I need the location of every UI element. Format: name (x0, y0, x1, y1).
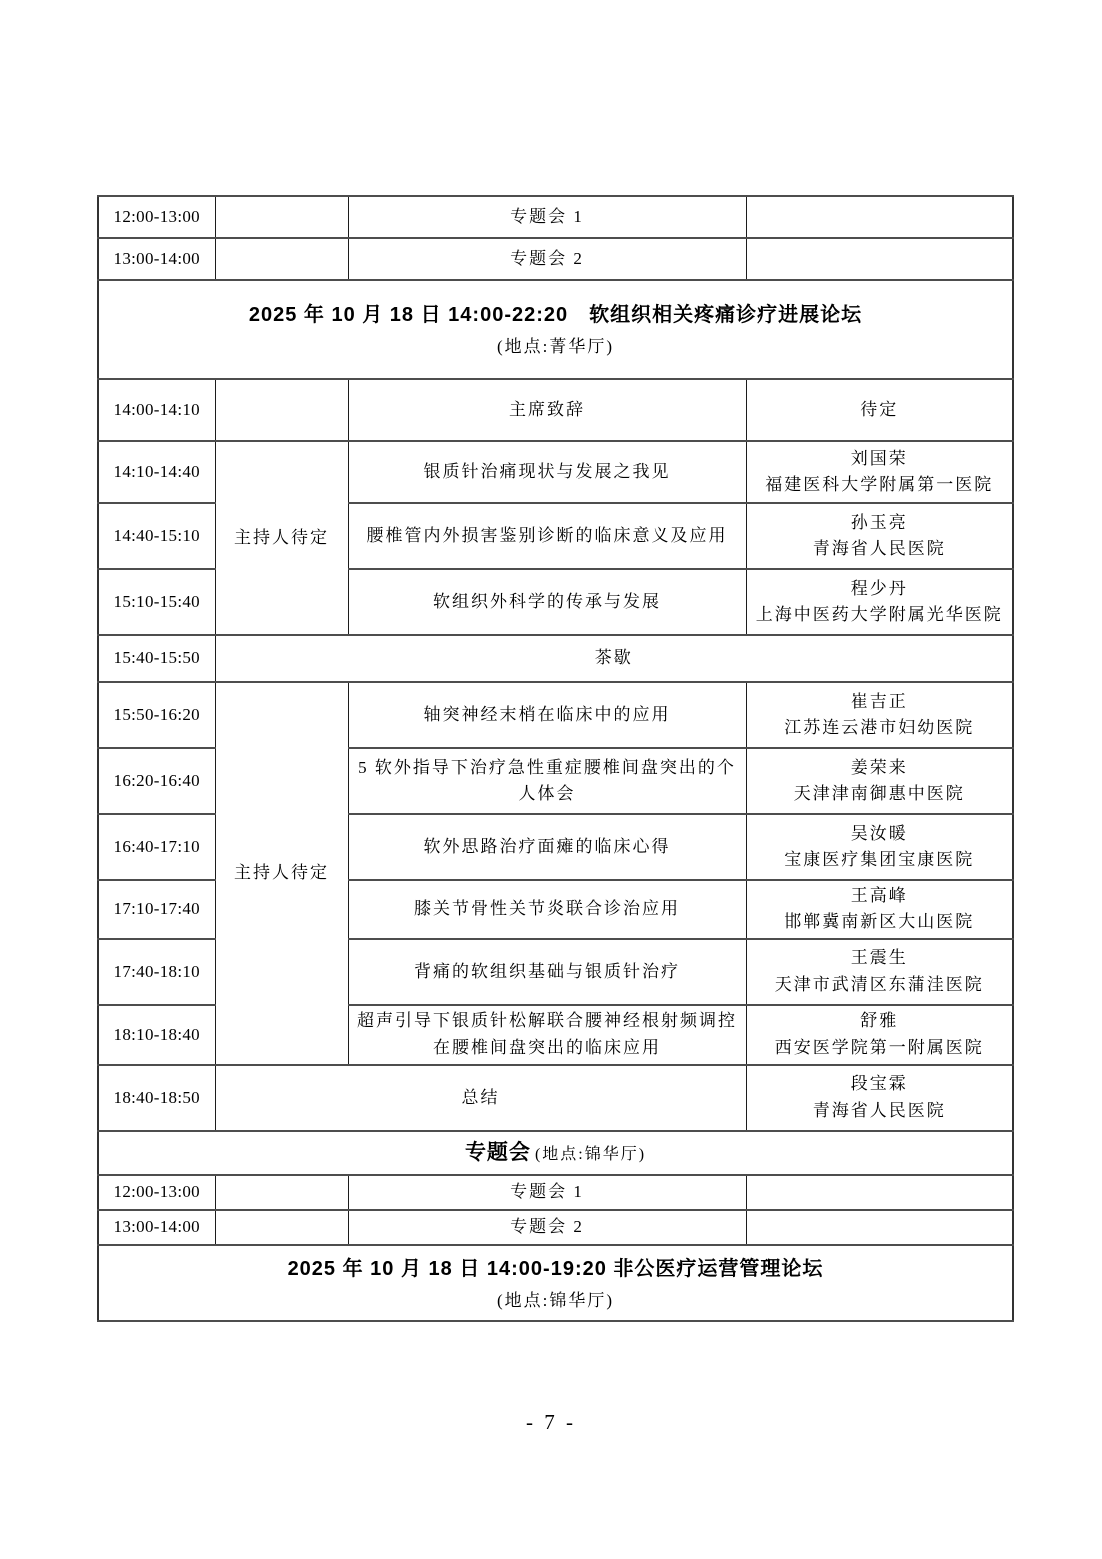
table-row: 14:10-14:40 主持人待定 银质针治痛现状与发展之我见 刘国荣 福建医科… (98, 441, 1013, 503)
document-page: 12:00-13:00 专题会 1 13:00-14:00 专题会 2 2025… (0, 0, 1102, 1559)
speaker-cell-empty (746, 1210, 1013, 1245)
speaker-cell: 舒雅 西安医学院第一附属医院 (746, 1005, 1013, 1065)
speaker-org: 青海省人民医院 (753, 536, 1007, 562)
moderator-cell-empty (215, 1175, 348, 1210)
session-title-cell: 腰椎管内外损害鉴别诊断的临床意义及应用 (348, 503, 746, 569)
time-cell: 14:10-14:40 (98, 441, 215, 503)
speaker-name: 王高峰 (753, 883, 1007, 909)
special-session-title: 专题会 (465, 1141, 531, 1164)
speaker-org: 江苏连云港市妇幼医院 (753, 715, 1007, 741)
forum1-header: 2025 年 10 月 18 日 14:00-22:20 软组织相关疼痛诊疗进展… (98, 280, 1013, 379)
table-row: 12:00-13:00 专题会 1 (98, 1175, 1013, 1210)
time-cell: 15:40-15:50 (98, 635, 215, 682)
speaker-cell: 孙玉亮 青海省人民医院 (746, 503, 1013, 569)
speaker-cell: 吴汝暖 宝康医疗集团宝康医院 (746, 814, 1013, 880)
forum1-title: 2025 年 10 月 18 日 14:00-22:20 软组织相关疼痛诊疗进展… (109, 300, 1002, 330)
speaker-name: 舒雅 (753, 1008, 1007, 1034)
speaker-cell: 段宝霖 青海省人民医院 (746, 1065, 1013, 1131)
forum2-location: (地点:锦华厅) (109, 1290, 1002, 1312)
speaker-cell: 王震生 天津市武清区东蒲洼医院 (746, 939, 1013, 1005)
speaker-cell: 刘国荣 福建医科大学附属第一医院 (746, 441, 1013, 503)
speaker-name: 程少丹 (753, 576, 1007, 602)
page-number: - 7 - (0, 1410, 1102, 1435)
speaker-cell: 王高峰 邯郸冀南新区大山医院 (746, 880, 1013, 939)
session-title-cell: 超声引导下银质针松解联合腰神经根射频调控在腰椎间盘突出的临床应用 (348, 1005, 746, 1065)
special-session-location: (地点:锦华厅) (535, 1146, 646, 1163)
forum-header-row: 2025 年 10 月 18 日 14:00-19:20 非公医疗运营管理论坛 … (98, 1245, 1013, 1321)
session-title-cell: 主席致辞 (348, 379, 746, 441)
conference-schedule-table: 12:00-13:00 专题会 1 13:00-14:00 专题会 2 2025… (97, 195, 1014, 1322)
table-row: 15:50-16:20 主持人待定 轴突神经末梢在临床中的应用 崔吉正 江苏连云… (98, 682, 1013, 748)
session-title-cell: 专题会 1 (348, 1175, 746, 1210)
speaker-org: 邯郸冀南新区大山医院 (753, 909, 1007, 935)
speaker-org: 天津津南御惠中医院 (753, 781, 1007, 807)
moderator-cell-empty (215, 1210, 348, 1245)
speaker-name: 姜荣来 (753, 755, 1007, 781)
session-title-cell: 银质针治痛现状与发展之我见 (348, 441, 746, 503)
special-session-header-row: 专题会(地点:锦华厅) (98, 1131, 1013, 1175)
speaker-name: 崔吉正 (753, 689, 1007, 715)
time-cell: 17:10-17:40 (98, 880, 215, 939)
time-cell: 16:20-16:40 (98, 748, 215, 814)
session-title-cell: 软外思路治疗面瘫的临床心得 (348, 814, 746, 880)
summary-title-cell: 总结 (215, 1065, 746, 1131)
session-title-cell: 轴突神经末梢在临床中的应用 (348, 682, 746, 748)
speaker-org: 福建医科大学附属第一医院 (753, 472, 1007, 498)
speaker-org: 上海中医药大学附属光华医院 (753, 602, 1007, 628)
time-cell: 13:00-14:00 (98, 238, 215, 280)
speaker-org: 西安医学院第一附属医院 (753, 1035, 1007, 1061)
table-row: 13:00-14:00 专题会 2 (98, 1210, 1013, 1245)
time-cell: 12:00-13:00 (98, 1175, 215, 1210)
speaker-cell: 姜荣来 天津津南御惠中医院 (746, 748, 1013, 814)
session-title-cell: 背痛的软组织基础与银质针治疗 (348, 939, 746, 1005)
speaker-name: 吴汝暖 (753, 821, 1007, 847)
time-cell: 18:10-18:40 (98, 1005, 215, 1065)
speaker-name: 段宝霖 (753, 1071, 1007, 1097)
time-cell: 14:40-15:10 (98, 503, 215, 569)
speaker-cell: 程少丹 上海中医药大学附属光华医院 (746, 569, 1013, 635)
table-row: 14:00-14:10 主席致辞 待定 (98, 379, 1013, 441)
time-cell: 12:00-13:00 (98, 196, 215, 238)
time-cell: 16:40-17:10 (98, 814, 215, 880)
time-cell: 13:00-14:00 (98, 1210, 215, 1245)
special-session-header: 专题会(地点:锦华厅) (98, 1131, 1013, 1175)
moderator-cell-empty (215, 238, 348, 280)
speaker-cell-empty (746, 1175, 1013, 1210)
session-title-cell: 软组织外科学的传承与发展 (348, 569, 746, 635)
session-title-cell: 膝关节骨性关节炎联合诊治应用 (348, 880, 746, 939)
session-title-cell: 5 软外指导下治疗急性重症腰椎间盘突出的个人体会 (348, 748, 746, 814)
time-cell: 14:00-14:10 (98, 379, 215, 441)
speaker-name: 王震生 (753, 945, 1007, 971)
speaker-name: 刘国荣 (753, 446, 1007, 472)
time-cell: 15:50-16:20 (98, 682, 215, 748)
speaker-cell: 崔吉正 江苏连云港市妇幼医院 (746, 682, 1013, 748)
moderator-cell-empty (215, 379, 348, 441)
tea-break-cell: 茶歇 (215, 635, 1013, 682)
table-row: 13:00-14:00 专题会 2 (98, 238, 1013, 280)
speaker-org: 天津市武清区东蒲洼医院 (753, 972, 1007, 998)
speaker-name: 孙玉亮 (753, 510, 1007, 536)
session-title-cell: 专题会 2 (348, 238, 746, 280)
time-cell: 15:10-15:40 (98, 569, 215, 635)
forum1-location: (地点:菁华厅) (109, 336, 1002, 358)
speaker-cell-empty (746, 196, 1013, 238)
tea-break-row: 15:40-15:50 茶歇 (98, 635, 1013, 682)
forum2-header: 2025 年 10 月 18 日 14:00-19:20 非公医疗运营管理论坛 … (98, 1245, 1013, 1321)
moderator-cell: 主持人待定 (215, 441, 348, 635)
time-cell: 18:40-18:50 (98, 1065, 215, 1131)
forum2-title: 2025 年 10 月 18 日 14:00-19:20 非公医疗运营管理论坛 (109, 1254, 1002, 1284)
table-row: 12:00-13:00 专题会 1 (98, 196, 1013, 238)
speaker-org: 青海省人民医院 (753, 1098, 1007, 1124)
speaker-cell: 待定 (746, 379, 1013, 441)
speaker-org: 宝康医疗集团宝康医院 (753, 847, 1007, 873)
summary-row: 18:40-18:50 总结 段宝霖 青海省人民医院 (98, 1065, 1013, 1131)
session-title-cell: 专题会 2 (348, 1210, 746, 1245)
moderator-cell-empty (215, 196, 348, 238)
moderator-cell: 主持人待定 (215, 682, 348, 1065)
time-cell: 17:40-18:10 (98, 939, 215, 1005)
forum-header-row: 2025 年 10 月 18 日 14:00-22:20 软组织相关疼痛诊疗进展… (98, 280, 1013, 379)
speaker-cell-empty (746, 238, 1013, 280)
session-title-cell: 专题会 1 (348, 196, 746, 238)
